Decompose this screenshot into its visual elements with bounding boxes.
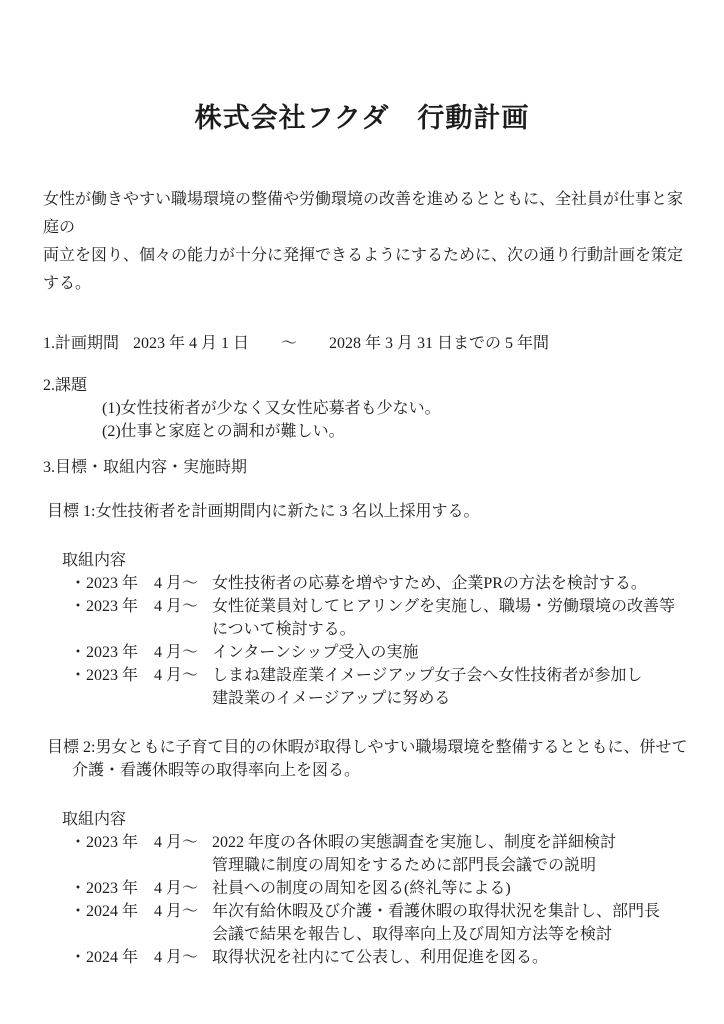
activity-description: 2022 年度の各休暇の実態調査を実施し、制度を詳細検討 管理職に制度の周知をす… [212,831,696,877]
goal-2-block: 目標 2:男女ともに子育て目的の休暇が取得しやすい職場環境を整備するとともに、併… [43,736,696,969]
activity-description: 女性技術者の応募を増やすため、企業PRの方法を検討する。 [212,572,696,595]
goal-heading: 目標 2:男女ともに子育て目的の休暇が取得しやすい職場環境を整備するとともに、併… [47,736,696,782]
activity-date: ・2023 年 4 月～ [70,572,212,595]
activity-description: インターンシップ受入の実施 [212,641,696,664]
action-plan-document: 株式会社フクダ 行動計画 女性が働きやすい職場環境の整備や労働環境の改善を進める… [0,0,724,969]
issues-heading: 2.課題 [43,374,696,397]
activity-row: ・2023 年 4 月～ 2022 年度の各休暇の実態調査を実施し、制度を詳細検… [43,831,696,877]
document-page: { "colors": { "background": "#ffffff", "… [0,0,724,1024]
activity-row: ・2023 年 4 月～ 社員への制度の周知を図る(終礼等による) [43,877,696,900]
activity-row: ・2023 年 4 月～ インターンシップ受入の実施 [43,641,696,664]
activity-date: ・2024 年 4 月～ [70,946,212,969]
section-issues: 2.課題 (1)女性技術者が少なく又女性応募者も少ない。 (2)仕事と家庭との調… [43,374,696,443]
activities-heading: 取組内容 [43,808,696,831]
activity-row: ・2023 年 4 月～ 女性従業員対してヒアリングを実施し、職場・労働環境の改… [43,595,696,641]
activities-heading: 取組内容 [43,549,696,572]
goal-1-block: 目標 1:女性技術者を計画期間内に新たに 3 名以上採用する。 取組内容 ・20… [43,500,696,710]
goal-heading: 目標 1:女性技術者を計画期間内に新たに 3 名以上採用する。 [47,500,696,523]
activity-row: ・2024 年 4 月～ 取得状況を社内にて公表し、利用促進を図る。 [43,946,696,969]
section-plan-period: 1.計画期間2023 年 4 月 1 日 ～ 2028 年 3 月 31 日まで… [43,332,696,355]
activity-date: ・2023 年 4 月～ [70,595,212,641]
plan-period-heading: 1.計画期間 [43,335,119,352]
activity-description: 年次有給休暇及び介護・看護休暇の取得状況を集計し、部門長 会議で結果を報告し、取… [212,900,696,946]
issue-item: (2)仕事と家庭との調和が難しい。 [43,420,696,443]
plan-period-value: 2023 年 4 月 1 日 ～ 2028 年 3 月 31 日までの 5 年間 [133,335,549,352]
issue-item: (1)女性技術者が少なく又女性応募者も少ない。 [43,397,696,420]
activity-date: ・2023 年 4 月～ [70,831,212,877]
activity-date: ・2023 年 4 月～ [70,641,212,664]
activity-row: ・2024 年 4 月～ 年次有給休暇及び介護・看護休暇の取得状況を集計し、部門… [43,900,696,946]
activity-date: ・2023 年 4 月～ [70,877,212,900]
intro-paragraph: 女性が働きやすい職場環境の整備や労働環境の改善を進めるとともに、全社員が仕事と家… [43,186,696,298]
activity-description: しまね建設産業イメージアップ女子会へ女性技術者が参加し 建設業のイメージアップに… [212,664,696,710]
activity-row: ・2023 年 4 月～ 女性技術者の応募を増やすため、企業PRの方法を検討する… [43,572,696,595]
document-title: 株式会社フクダ 行動計画 [43,100,681,136]
activity-date: ・2023 年 4 月～ [70,664,212,710]
activity-date: ・2024 年 4 月～ [70,900,212,946]
activity-description: 女性従業員対してヒアリングを実施し、職場・労働環境の改善等 について検討する。 [212,595,696,641]
activity-description: 取得状況を社内にて公表し、利用促進を図る。 [212,946,696,969]
activity-description: 社員への制度の周知を図る(終礼等による) [212,877,696,900]
goals-section-heading: 3.目標・取組内容・実施時期 [43,456,696,479]
activity-row: ・2023 年 4 月～ しまね建設産業イメージアップ女子会へ女性技術者が参加し… [43,664,696,710]
